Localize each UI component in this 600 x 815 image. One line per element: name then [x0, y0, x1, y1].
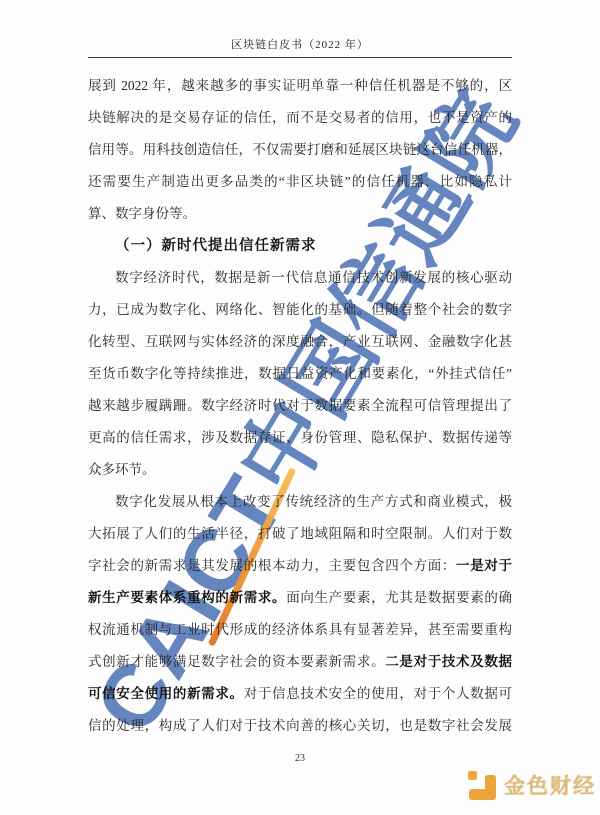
text-line: 信用等。用科技创造信任，不仅需要打磨和延展区块链这台信任机器，: [88, 134, 512, 166]
text-line: 权流通机制与工业时代形成的经济体系具有显著差异，甚至需要重构: [88, 614, 512, 646]
text-line: 越来越步履蹒跚。数字经济时代对于数据要素全流程可信管理提出了: [88, 390, 512, 422]
text-line: 大拓展了人们的生活半径，打破了地域阻隔和时空限制。人们对于数: [88, 518, 512, 550]
text-line: 可信安全使用的新需求。对于信息技术安全的使用，对于个人数据可: [88, 678, 512, 710]
page-header: 区块链白皮书（2022 年）: [88, 36, 512, 58]
text-line: 块链解决的是交易存证的信任，而不是交易者的信用，也不是资产的: [88, 102, 512, 134]
text-line: 还需要生产制造出更多品类的“非区块链”的信任机器，比如隐私计: [88, 166, 512, 198]
document-body: 展到 2022 年，越来越多的事实证明单靠一种信任机器是不够的，区块链解决的是交…: [88, 70, 512, 742]
text-line: 展到 2022 年，越来越多的事实证明单靠一种信任机器是不够的，区: [88, 70, 512, 102]
jinse-finance-icon: [468, 770, 498, 800]
text-line: 算、数字身份等。: [88, 198, 512, 230]
text-line: 力，已成为数字化、网络化、智能化的基础。但随着整个社会的数字: [88, 294, 512, 326]
text-line: 更高的信任需求，涉及数据存证、身份管理、隐私保护、数据传递等: [88, 422, 512, 454]
page-header-title: 区块链白皮书（2022 年）: [231, 39, 369, 51]
jinse-icon-dot: [468, 771, 477, 780]
jinse-finance-logo: 金色财经: [468, 770, 596, 800]
text-line: 数字化发展从根本上改变了传统经济的生产方式和商业模式，极: [88, 486, 512, 518]
text-line: 新生产要素体系重构的新需求。面向生产要素，尤其是数据要素的确: [88, 582, 512, 614]
text-line: 式创新才能够满足数字社会的资本要素新需求。二是对于技术及数据: [88, 646, 512, 678]
text-line: 数字经济时代，数据是新一代信息通信技术创新发展的核心驱动: [88, 262, 512, 294]
text-line: 众多环节。: [88, 454, 512, 486]
document-page: CAICT中国信通院 区块链白皮书（2022 年） 展到 2022 年，越来越多…: [0, 0, 600, 815]
text-line: 至货币数字化等持续推进，数据日益资产化和要素化，“外挂式信任”: [88, 358, 512, 390]
text-line: 信的处理，构成了人们对于技术向善的核心关切，也是数字社会发展: [88, 710, 512, 742]
jinse-finance-logo-text: 金色财经: [504, 770, 596, 800]
text-line: 字社会的新需求是其发展的根本动力，主要包含四个方面：一是对于: [88, 550, 512, 582]
jinse-icon-foot: [469, 789, 493, 800]
page-number: 23: [0, 753, 600, 764]
text-line: 化转型、互联网与实体经济的深度融合，产业互联网、金融数字化甚: [88, 326, 512, 358]
section-heading: （一）新时代提出信任新需求: [88, 230, 512, 262]
